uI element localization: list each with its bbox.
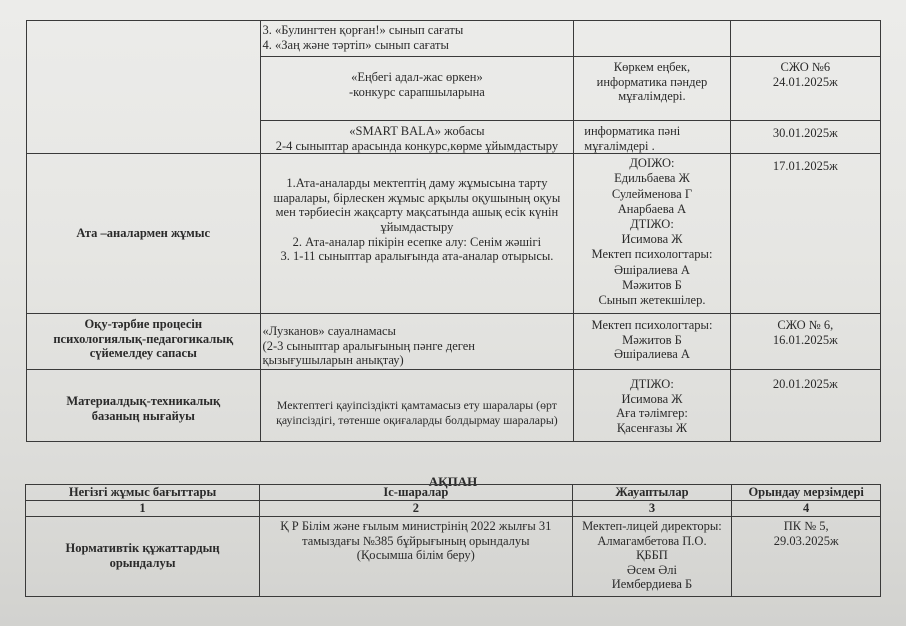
responsible-cell — [574, 21, 730, 57]
responsible-line: ҚББП — [576, 548, 729, 563]
responsible-line: Мәжитов Б — [577, 333, 726, 348]
responsible-line: Едильбаева Ж — [577, 171, 726, 186]
direction-label: Ата –аналармен жұмыс — [76, 226, 210, 240]
direction-cell: Оқу-тәрбие процесін психологиялық-педаго… — [27, 314, 261, 370]
column-header: Негізгі жұмыс бағыттары — [26, 485, 260, 501]
direction-line: сүйемелдеу сапасы — [30, 346, 257, 361]
deadline-line: 29.03.2025ж — [735, 534, 877, 549]
activities-cell: Мектептегі қауіпсіздікті қамтамасыз ету … — [260, 370, 574, 442]
activity-line: 3. 1-11 сыныптар аралығында ата-аналар о… — [264, 249, 571, 264]
direction-cell: Нормативтік құжаттардың орындалуы — [26, 517, 260, 597]
activity-line: (2-3 сыныптар аралығының пәнге деген — [263, 339, 571, 354]
responsible-line: Сынып жетекшілер. — [577, 293, 726, 308]
responsible-line: Әшіралиева А — [577, 347, 726, 362]
column-number: 3 — [572, 501, 732, 517]
table-row: Ата –аналармен жұмыс 1.Ата-аналарды мект… — [27, 154, 881, 314]
column-number: 2 — [260, 501, 572, 517]
deadline-cell: ПК № 5, 29.03.2025ж — [732, 517, 881, 597]
activity-line: қауіпсіздігі, төтенше оқиғаларды болдырм… — [264, 413, 571, 428]
activity-line: «Еңбегі адал-жас өркен» — [264, 70, 571, 85]
responsible-cell: ДТІЖО: Исимова Ж Аға тәлімгер: Қасенғазы… — [574, 370, 730, 442]
deadline-cell: 20.01.2025ж — [730, 370, 880, 442]
responsible-cell: ДОІЖО: Едильбаева Ж Сулейменова Г Анарба… — [574, 154, 730, 314]
direction-line: Нормативтік құжаттардың — [29, 541, 256, 556]
responsible-line: Мектеп психологтары: — [577, 247, 726, 262]
activity-line: тамыздағы №385 бұйрығының орындалуы — [263, 534, 568, 549]
deadline-cell: 30.01.2025ж — [730, 121, 880, 154]
responsible-line: Сулейменова Г — [577, 187, 726, 202]
deadline-line: ПК № 5, — [735, 519, 877, 534]
deadline-line: 24.01.2025ж — [734, 75, 877, 90]
activity-line: Мектептегі қауіпсіздікті қамтамасыз ету … — [264, 398, 571, 413]
responsible-cell: информатика пәні мұғалімдері . — [574, 121, 730, 154]
column-header: Жауаптылар — [572, 485, 732, 501]
direction-cell — [27, 21, 261, 154]
activities-cell: 1.Ата-аналарды мектептің даму жұмысына т… — [260, 154, 574, 314]
column-number: 4 — [732, 501, 881, 517]
column-number-row: 1 2 3 4 — [26, 501, 881, 517]
deadline-cell: 17.01.2025ж — [730, 154, 880, 314]
activity-line: ұйымдастыру — [264, 220, 571, 235]
direction-line: психологиялық-педагогикалық — [30, 332, 257, 347]
direction-cell: Материалдық-техникалық базаның нығайуы — [27, 370, 261, 442]
plan-table-january: 3. «Булингтен қорған!» сынып сағаты 4. «… — [26, 20, 881, 442]
activity-line: «SMART BALA» жобасы — [264, 124, 571, 139]
table-row: Материалдық-техникалық базаның нығайуы М… — [27, 370, 881, 442]
responsible-line: Аға тәлімгер: — [577, 406, 726, 421]
responsible-line: Мектеп психологтары: — [577, 318, 726, 333]
direction-line: Оқу-тәрбие процесін — [30, 317, 257, 332]
activity-line: 2. Ата-аналар пікірін есепке алу: Сенім … — [264, 235, 571, 250]
responsible-line: Исимова Ж — [577, 232, 726, 247]
responsible-line: Қасенғазы Ж — [577, 421, 726, 436]
activities-cell: Қ Р Білім және ғылым министрінің 2022 жы… — [260, 517, 572, 597]
responsible-cell: Мектеп-лицей директоры: Алмагамбетова П.… — [572, 517, 732, 597]
responsible-line: ДТІЖО: — [577, 377, 726, 392]
responsible-line: Әсем Әлі — [576, 563, 729, 578]
deadline-line: 17.01.2025ж — [734, 159, 877, 174]
deadline-cell — [730, 21, 880, 57]
responsible-line: Исимова Ж — [577, 392, 726, 407]
activity-line: мен тәрбиесін жақсарту мақсатында ашық е… — [264, 205, 571, 220]
activity-line: (Қосымша білім беру) — [263, 548, 568, 563]
deadline-line: 20.01.2025ж — [734, 377, 877, 392]
responsible-line: Мәжитов Б — [577, 278, 726, 293]
deadline-cell: СЖО № 6, 16.01.2025ж — [730, 314, 880, 370]
activity-line: 3. «Булингтен қорған!» сынып сағаты — [263, 23, 571, 38]
direction-cell: Ата –аналармен жұмыс — [27, 154, 261, 314]
deadline-line: 30.01.2025ж — [734, 126, 877, 141]
activities-cell: «Еңбегі адал-жас өркен» -конкурс сарапшы… — [260, 57, 574, 121]
responsible-line: Иембердиева Б — [576, 577, 729, 592]
direction-line: базаның нығайуы — [30, 409, 257, 424]
activity-line: -конкурс сарапшыларына — [264, 85, 571, 100]
responsible-line: мұғалімдері . — [584, 139, 726, 154]
plan-table-february: Негізгі жұмыс бағыттары Іс-шаралар Жауап… — [25, 484, 881, 597]
responsible-line: ДТІЖО: — [577, 217, 726, 232]
activities-cell: «SMART BALA» жобасы 2-4 сыныптар арасынд… — [260, 121, 574, 154]
deadline-cell: СЖО №6 24.01.2025ж — [730, 57, 880, 121]
column-header: Орындау мерзімдері — [732, 485, 881, 501]
activity-line: 1.Ата-аналарды мектептің даму жұмысына т… — [264, 176, 571, 191]
deadline-line: СЖО № 6, — [734, 318, 877, 333]
direction-line: орындалуы — [29, 556, 256, 571]
activity-line: 4. «Заң және тәртіп» сынып сағаты — [263, 38, 571, 53]
activity-line: Қ Р Білім және ғылым министрінің 2022 жы… — [263, 519, 568, 534]
column-number: 1 — [26, 501, 260, 517]
activities-cell: 3. «Булингтен қорған!» сынып сағаты 4. «… — [260, 21, 574, 57]
document-page: 3. «Булингтен қорған!» сынып сағаты 4. «… — [0, 0, 906, 626]
table-row: 3. «Булингтен қорған!» сынып сағаты 4. «… — [27, 21, 881, 57]
responsible-cell: Мектеп психологтары: Мәжитов Б Әшіралиев… — [574, 314, 730, 370]
responsible-line: Мектеп-лицей директоры: — [576, 519, 729, 534]
column-header: Іс-шаралар — [260, 485, 572, 501]
direction-line: Материалдық-техникалық — [30, 394, 257, 409]
table-row: Нормативтік құжаттардың орындалуы Қ Р Бі… — [26, 517, 881, 597]
activity-line: 2-4 сыныптар арасында конкурс,көрме ұйым… — [264, 139, 571, 154]
activity-line: шаралары, бірлескен жұмыс арқылы оқушыны… — [264, 191, 571, 206]
responsible-line: Алмагамбетова П.О. — [576, 534, 729, 549]
responsible-line: информатика пәндер — [577, 75, 726, 90]
responsible-line: Әшіралиева А — [577, 263, 726, 278]
table-row: Оқу-тәрбие процесін психологиялық-педаго… — [27, 314, 881, 370]
responsible-cell: Көркем еңбек, информатика пәндер мұғалім… — [574, 57, 730, 121]
responsible-line: информатика пәні — [584, 124, 726, 139]
deadline-line: СЖО №6 — [734, 60, 877, 75]
activity-line: «Лузканов» сауалнамасы — [263, 324, 571, 339]
activity-line: қызығушыларын анықтау) — [263, 353, 571, 368]
responsible-line: ДОІЖО: — [577, 156, 726, 171]
deadline-line: 16.01.2025ж — [734, 333, 877, 348]
responsible-line: мұғалімдері. — [577, 89, 726, 104]
responsible-line: Анарбаева А — [577, 202, 726, 217]
activities-cell: «Лузканов» сауалнамасы (2-3 сыныптар ара… — [260, 314, 574, 370]
table-header-row: Негізгі жұмыс бағыттары Іс-шаралар Жауап… — [26, 485, 881, 501]
responsible-line: Көркем еңбек, — [577, 60, 726, 75]
